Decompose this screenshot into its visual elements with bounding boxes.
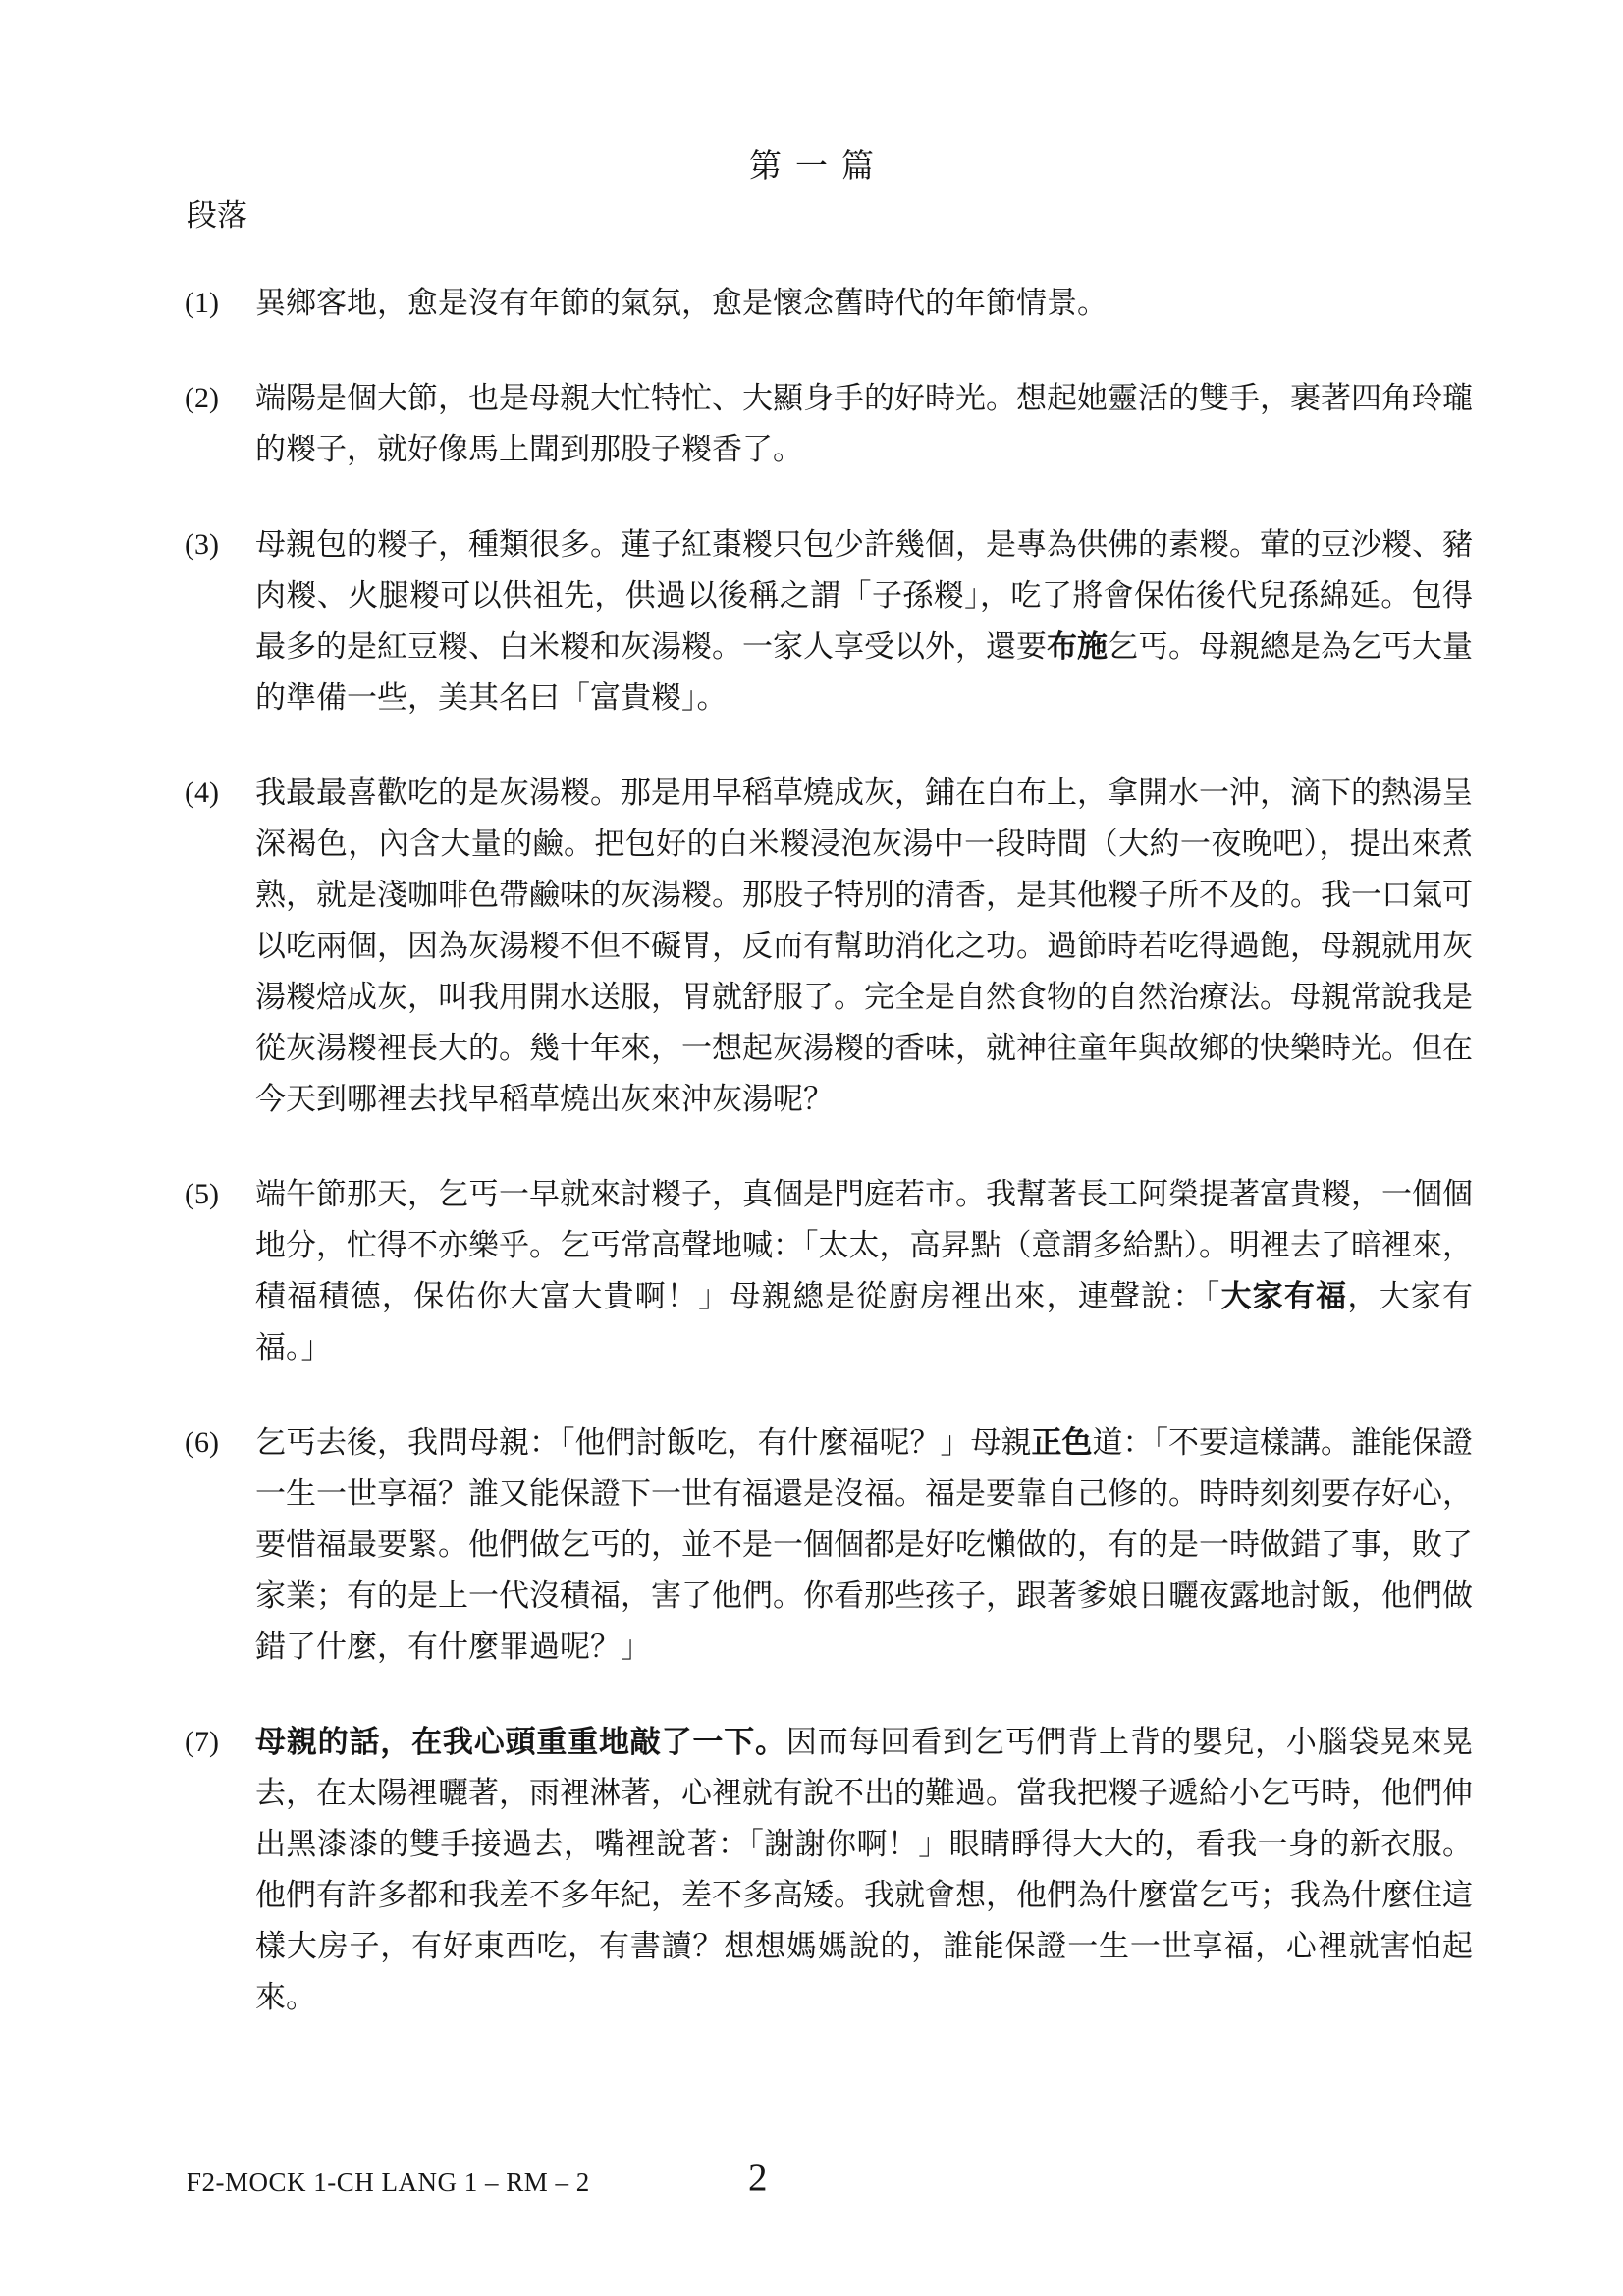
paragraph-list: (1)異鄉客地，愈是沒有年節的氣氛，愈是懷念舊時代的年節情景。(2)端陽是個大節… (185, 278, 1473, 2067)
paragraph: (6)乞丐去後，我問母親：「他們討飯吃，有什麼福呢？」母親正色道：「不要這樣講。… (185, 1417, 1473, 1673)
page-footer: F2-MOCK 1-CH LANG 1 – RM – 2 2 (0, 2156, 1623, 2215)
paragraph-text: 乞丐去後，我問母親：「他們討飯吃，有什麼福呢？」母親正色道：「不要這樣講。誰能保… (255, 1417, 1473, 1673)
paragraph-text: 母親的話，在我心頭重重地敲了一下。因而每回看到乞丐們背上背的嬰兒，小腦袋晃來晃去… (255, 1717, 1473, 2023)
paragraph-number: (1) (185, 278, 255, 329)
bold-text-segment: 大家有福 (1220, 1279, 1347, 1313)
text-segment: 乞丐去後，我問母親：「他們討飯吃，有什麼福呢？」母親 (255, 1425, 1032, 1460)
text-segment: 異鄉客地，愈是沒有年節的氣氛，愈是懷念舊時代的年節情景。 (255, 286, 1108, 320)
paragraph: (2)端陽是個大節，也是母親大忙特忙、大顯身手的好時光。想起她靈活的雙手，裹著四… (185, 373, 1473, 475)
footer-page-number: 2 (748, 2156, 768, 2200)
paragraph-text: 端午節那天，乞丐一早就來討糉子，真個是門庭若市。我幫著長工阿榮提著富貴糉，一個個… (255, 1169, 1473, 1373)
paragraph-number: (6) (185, 1417, 255, 1468)
bold-text-segment: 母親的話，在我心頭重重地敲了一下。 (255, 1725, 786, 1759)
text-segment: 因而每回看到乞丐們背上背的嬰兒，小腦袋晃來晃去，在太陽裡曬著，雨裡淋著，心裡就有… (255, 1725, 1473, 2014)
text-segment: 道：「不要這樣講。誰能保證一生一世享福？誰又能保證下一世有福還是沒福。福是要靠自… (255, 1425, 1473, 1664)
bold-text-segment: 布施 (1047, 629, 1108, 664)
paragraph-text: 異鄉客地，愈是沒有年節的氣氛，愈是懷念舊時代的年節情景。 (255, 278, 1473, 329)
text-segment: 端陽是個大節，也是母親大忙特忙、大顯身手的好時光。想起她靈活的雙手，裹著四角玲瓏… (255, 381, 1473, 466)
paragraph: (3)母親包的糉子，種類很多。蓮子紅棗糉只包少許幾個，是專為供佛的素糉。葷的豆沙… (185, 519, 1473, 723)
paragraph-text: 母親包的糉子，種類很多。蓮子紅棗糉只包少許幾個，是專為供佛的素糉。葷的豆沙糉、豬… (255, 519, 1473, 723)
paragraph: (5)端午節那天，乞丐一早就來討糉子，真個是門庭若市。我幫著長工阿榮提著富貴糉，… (185, 1169, 1473, 1373)
paragraph: (1)異鄉客地，愈是沒有年節的氣氛，愈是懷念舊時代的年節情景。 (185, 278, 1473, 329)
paragraph-text: 我最最喜歡吃的是灰湯糉。那是用早稻草燒成灰，鋪在白布上，拿開水一沖，滴下的熱湯呈… (255, 768, 1473, 1125)
page-title: 第一篇 (0, 140, 1623, 187)
paragraph: (7)母親的話，在我心頭重重地敲了一下。因而每回看到乞丐們背上背的嬰兒，小腦袋晃… (185, 1717, 1473, 2023)
paragraph-number: (2) (185, 373, 255, 424)
footer-doc-code: F2-MOCK 1-CH LANG 1 – RM – 2 (187, 2167, 590, 2198)
paragraph-number: (4) (185, 768, 255, 819)
paragraph-text: 端陽是個大節，也是母親大忙特忙、大顯身手的好時光。想起她靈活的雙手，裹著四角玲瓏… (255, 373, 1473, 475)
bold-text-segment: 正色 (1032, 1425, 1093, 1460)
paragraph-number: (5) (185, 1169, 255, 1220)
paragraph: (4)我最最喜歡吃的是灰湯糉。那是用早稻草燒成灰，鋪在白布上，拿開水一沖，滴下的… (185, 768, 1473, 1125)
paragraph-number: (7) (185, 1717, 255, 1768)
paragraph-number: (3) (185, 519, 255, 570)
text-segment: 我最最喜歡吃的是灰湯糉。那是用早稻草燒成灰，鋪在白布上，拿開水一沖，滴下的熱湯呈… (255, 775, 1473, 1116)
section-label: 段落 (187, 190, 247, 235)
document-page: 第一篇 段落 (1)異鄉客地，愈是沒有年節的氣氛，愈是懷念舊時代的年節情景。(2… (0, 0, 1623, 2296)
